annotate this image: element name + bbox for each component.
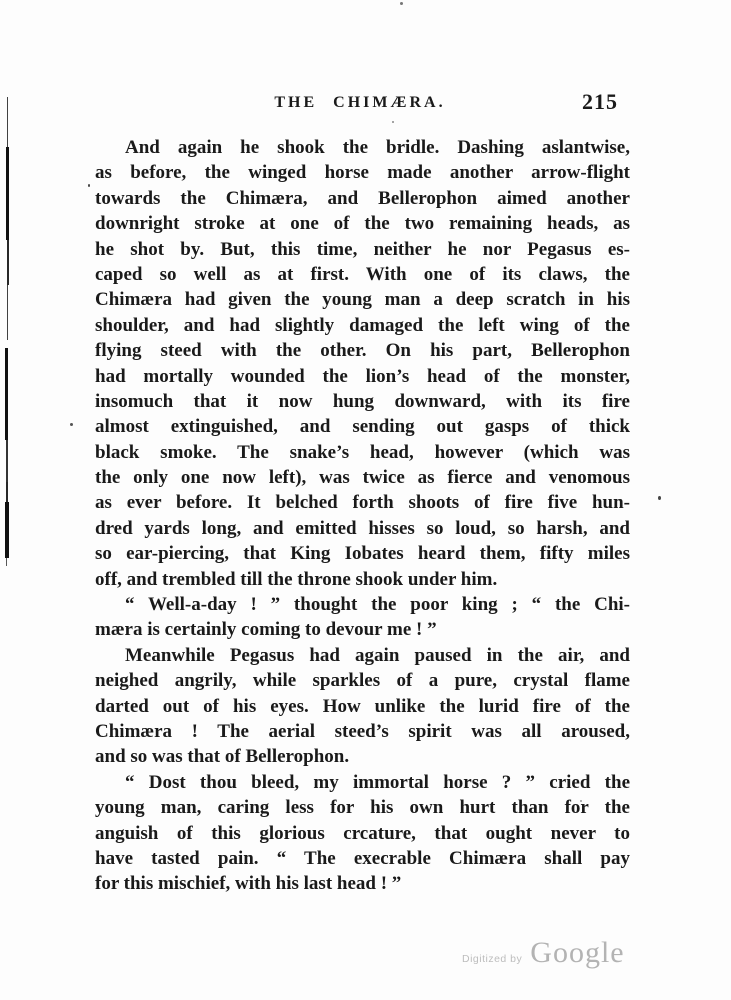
digitized-by-label: Digitized by — [462, 953, 522, 965]
text-line: And again he shook the bridle. Dashing a… — [95, 135, 630, 160]
text-line: dred yards long, and emitted hisses so l… — [95, 516, 630, 541]
text-line: the only one now left), was twice as fie… — [95, 465, 630, 490]
text-line: “ Well-a-day ! ” thought the poor king ;… — [95, 592, 630, 617]
text-line: anguish of this glorious crcature, that … — [95, 821, 630, 846]
text-line: so ear-piercing, that King Iobates heard… — [95, 541, 630, 566]
text-line: caped so well as at first. With one of i… — [95, 262, 630, 287]
text-line: insomuch that it now hung downward, with… — [95, 389, 630, 414]
body-text-block: And again he shook the bridle. Dashing a… — [95, 135, 630, 897]
text-line: and so was that of Bellerophon. — [95, 744, 630, 769]
text-line: off, and trembled till the throne shook … — [95, 567, 630, 592]
text-line: young man, caring less for his own hurt … — [95, 795, 630, 820]
text-line: neighed angrily, while sparkles of a pur… — [95, 668, 630, 693]
text-line: towards the Chimæra, and Bellerophon aim… — [95, 186, 630, 211]
page-number: 215 — [500, 89, 618, 115]
text-line: downright stroke at one of the two remai… — [95, 211, 630, 236]
text-line: almost extinguished, and sending out gas… — [95, 414, 630, 439]
text-line: “ Dost thou bleed, my immortal horse ? ”… — [95, 770, 630, 795]
text-line: as before, the winged horse made another… — [95, 160, 630, 185]
text-line: for this mischief, with his last head ! … — [95, 871, 630, 896]
text-line: mæra is certainly coming to devour me ! … — [95, 617, 630, 642]
text-line: Chimæra ! The aerial steed’s spirit was … — [95, 719, 630, 744]
book-page: THE CHIMÆRA. 215 And again he shook the … — [0, 0, 731, 1000]
watermark: Digitized by Google — [462, 936, 625, 970]
text-line: have tasted pain. “ The execrable Chimær… — [95, 846, 630, 871]
text-line: he shot by. But, this time, neither he n… — [95, 237, 630, 262]
text-line: shoulder, and had slightly damaged the l… — [95, 313, 630, 338]
text-line: black smoke. The snake’s head, however (… — [95, 440, 630, 465]
text-line: flying steed with the other. On his part… — [95, 338, 630, 363]
text-line: Meanwhile Pegasus had again paused in th… — [95, 643, 630, 668]
google-logo: Google — [530, 936, 624, 970]
text-line: darted out of his eyes. How unlike the l… — [95, 694, 630, 719]
text-line: had mortally wounded the lion’s head of … — [95, 364, 630, 389]
text-line: Chimæra had given the young man a deep s… — [95, 287, 630, 312]
text-line: as ever before. It belched forth shoots … — [95, 490, 630, 515]
